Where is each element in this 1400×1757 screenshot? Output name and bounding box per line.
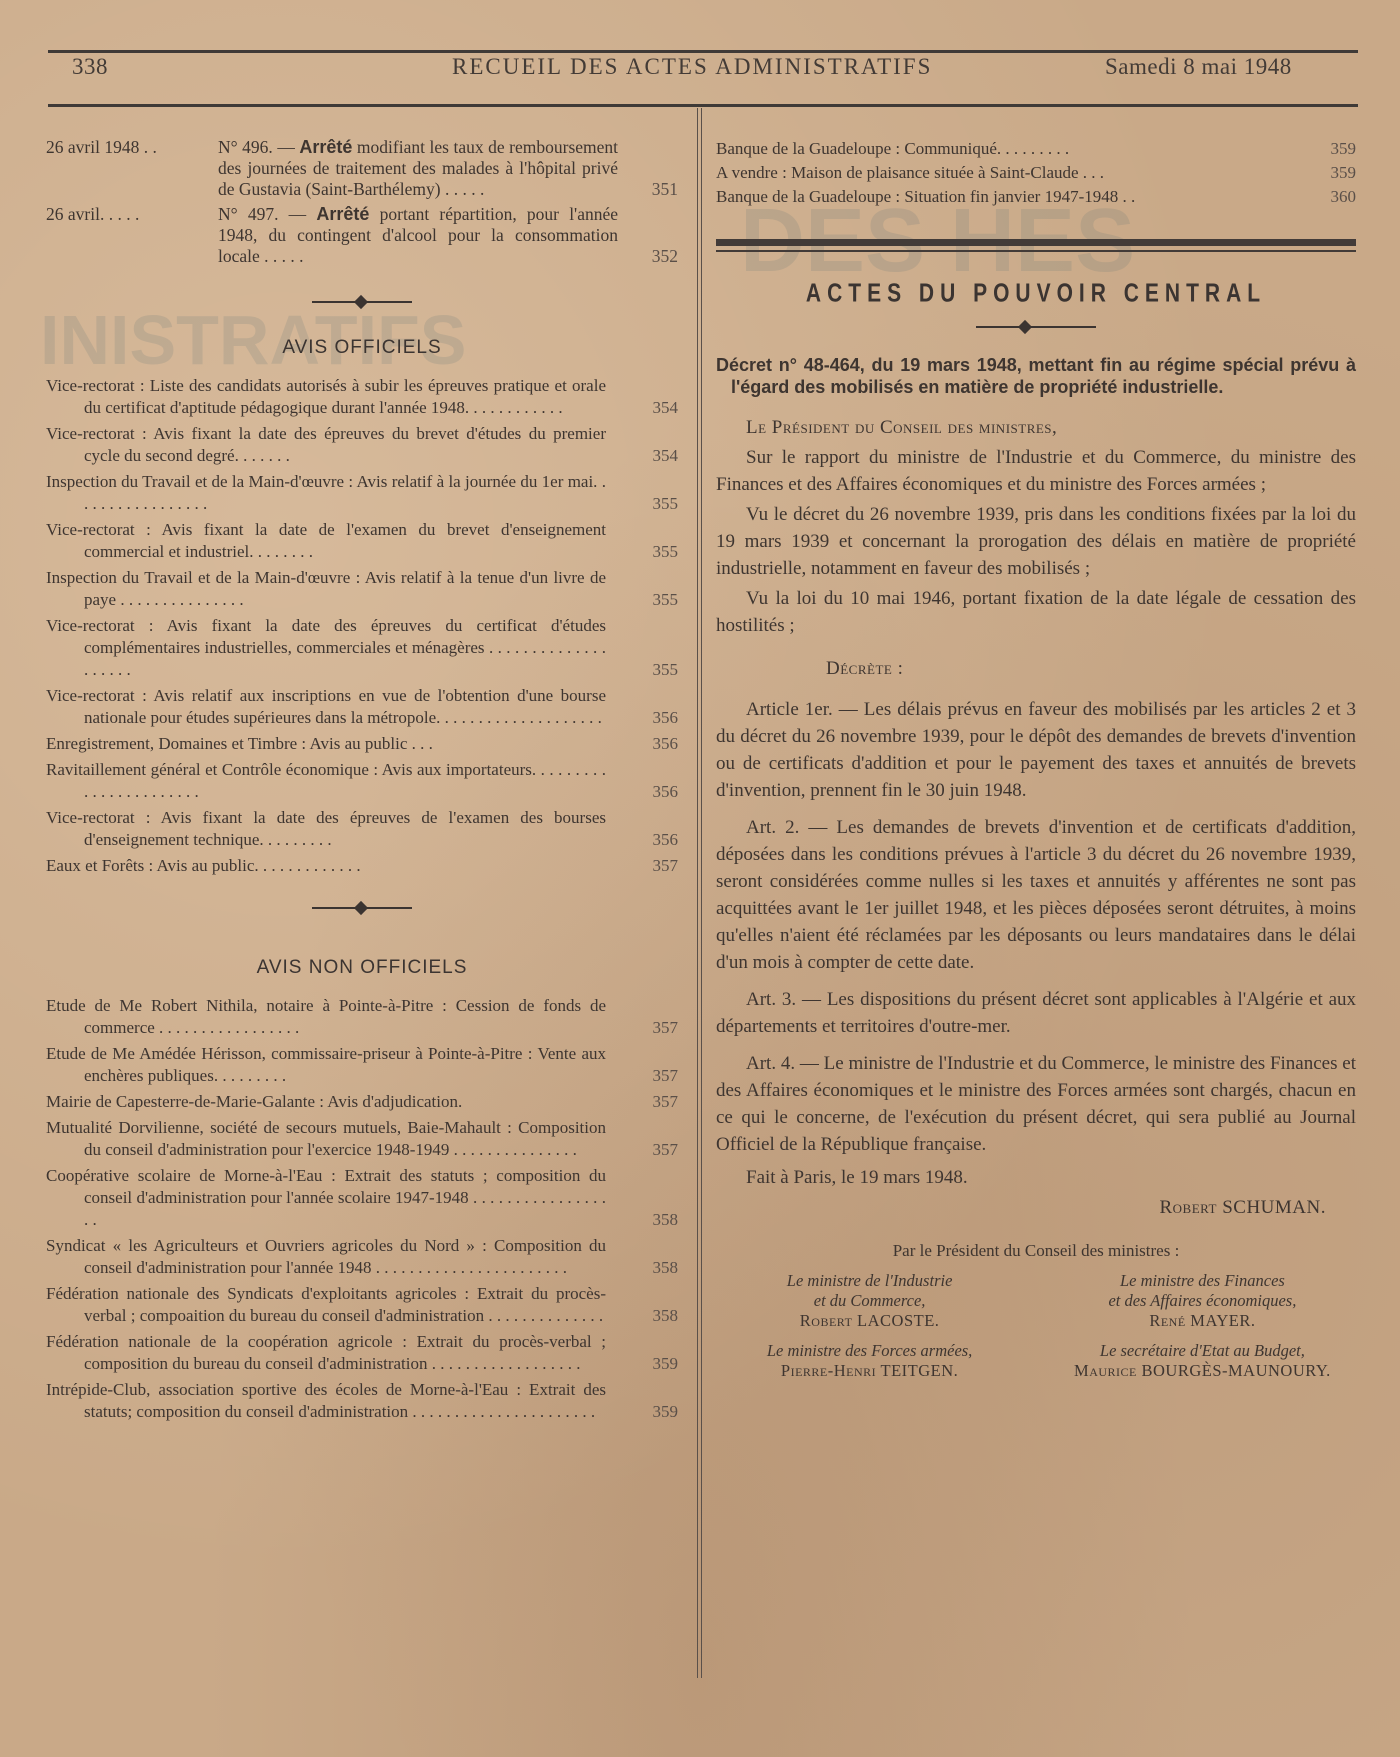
section-thin-rule bbox=[716, 250, 1356, 252]
toc-row: A vendre : Maison de plaisance située à … bbox=[716, 161, 1356, 185]
entry-page: 359 bbox=[606, 1401, 678, 1423]
entry-page: 356 bbox=[606, 707, 678, 729]
arrete-type: Arrêté bbox=[316, 204, 369, 224]
entry-text: Vice-rectorat : Avis fixant la date des … bbox=[46, 615, 606, 681]
entry-text: Syndicat « les Agriculteurs et Ouvriers … bbox=[46, 1235, 606, 1279]
toc-entry: Etude de Me Robert Nithila, notaire à Po… bbox=[46, 995, 678, 1039]
left-column: 26 avril 1948 . . N° 496. — Arrêté modif… bbox=[46, 137, 678, 1427]
section-ornament bbox=[976, 322, 1096, 332]
entry-page: 358 bbox=[606, 1257, 678, 1279]
entry-page: 355 bbox=[606, 589, 678, 611]
role: Le ministre des Forces armées, bbox=[767, 1341, 972, 1360]
toc-entry: Enregistrement, Domaines et Timbre : Avi… bbox=[46, 733, 678, 755]
header-top-rule bbox=[48, 50, 1358, 53]
name: Robert LACOSTE. bbox=[800, 1311, 940, 1330]
entry-text: Vice-rectorat : Liste des candidats auto… bbox=[46, 375, 606, 419]
column-separator bbox=[697, 108, 702, 1678]
page-number: 338 bbox=[72, 54, 108, 80]
article-paragraph: Article 1er. — Les délais prévus en fave… bbox=[716, 696, 1356, 804]
preamble-paragraph: Vu la loi du 10 mai 1946, portant fixati… bbox=[716, 585, 1356, 639]
toc-page: 352 bbox=[618, 246, 678, 267]
decree-title: Décret n° 48-464, du 19 mars 1948, metta… bbox=[716, 354, 1356, 398]
entry-text: Etude de Me Amédée Hérisson, commissaire… bbox=[46, 1043, 606, 1087]
entry-text: Eaux et Forêts : Avis au public. . . . .… bbox=[46, 855, 606, 877]
article-paragraph: Art. 2. — Les demandes de brevets d'inve… bbox=[716, 814, 1356, 976]
entry-page: 357 bbox=[606, 1017, 678, 1039]
role: et du Commerce, bbox=[814, 1291, 926, 1310]
avis-non-officiels-list: Etude de Me Robert Nithila, notaire à Po… bbox=[46, 995, 678, 1423]
entry-page: 356 bbox=[606, 781, 678, 803]
entry-text: Vice-rectorat : Avis relatif aux inscrip… bbox=[46, 685, 606, 729]
toc-entry: Mutualité Dorvilienne, société de secour… bbox=[46, 1117, 678, 1161]
avis-non-officiels-title: AVIS NON OFFICIELS bbox=[46, 957, 678, 979]
name: René MAYER. bbox=[1149, 1311, 1255, 1330]
entry-page: 355 bbox=[606, 541, 678, 563]
entry-page: 358 bbox=[606, 1305, 678, 1327]
countersign-row: Le ministre de l'Industrie et du Commerc… bbox=[716, 1271, 1356, 1331]
toc-entry: Vice-rectorat : Liste des candidats auto… bbox=[46, 375, 678, 419]
signatory: Robert SCHUMAN. bbox=[716, 1194, 1356, 1221]
toc-entry: Syndicat « les Agriculteurs et Ouvriers … bbox=[46, 1235, 678, 1279]
article-paragraph: Art. 3. — Les dispositions du présent dé… bbox=[716, 986, 1356, 1040]
toc-page: 360 bbox=[1296, 185, 1356, 209]
done-at: Fait à Paris, le 19 mars 1948. bbox=[716, 1164, 1356, 1191]
entry-text: Intrépide-Club, association sportive des… bbox=[46, 1379, 606, 1423]
toc-text: Banque de la Guadeloupe : Situation fin … bbox=[716, 185, 1296, 209]
countersigner: Le ministre des Finances et des Affaires… bbox=[1049, 1271, 1356, 1331]
entry-text: Etude de Me Robert Nithila, notaire à Po… bbox=[46, 995, 606, 1039]
toc-entry: Mairie de Capesterre-de-Marie-Galante : … bbox=[46, 1091, 678, 1113]
entry-text: Mutualité Dorvilienne, société de secour… bbox=[46, 1117, 606, 1161]
toc-entry: Etude de Me Amédée Hérisson, commissaire… bbox=[46, 1043, 678, 1087]
preamble-head: Le Président du Conseil des ministres, bbox=[716, 414, 1356, 441]
entry-page: 358 bbox=[606, 1209, 678, 1231]
toc-body: N° 496. — Arrêté modifiant les taux de r… bbox=[218, 137, 618, 200]
toc-entry: Fédération nationale des Syndicats d'exp… bbox=[46, 1283, 678, 1327]
toc-row: Banque de la Guadeloupe : Situation fin … bbox=[716, 185, 1356, 209]
toc-entry: Eaux et Forêts : Avis au public. . . . .… bbox=[46, 855, 678, 877]
entry-page: 354 bbox=[606, 397, 678, 419]
toc-page: 359 bbox=[1296, 137, 1356, 161]
toc-entry: Intrépide-Club, association sportive des… bbox=[46, 1379, 678, 1423]
avis-officiels-list: Vice-rectorat : Liste des candidats auto… bbox=[46, 375, 678, 877]
countersign-row: Le ministre des Forces armées, Pierre-He… bbox=[716, 1341, 1356, 1381]
toc-arrete-496: 26 avril 1948 . . N° 496. — Arrêté modif… bbox=[46, 137, 678, 200]
arrete-number: N° 497. — bbox=[218, 204, 306, 224]
toc-row: Banque de la Guadeloupe : Communiqué. . … bbox=[716, 137, 1356, 161]
article-paragraph: Art. 4. — Le ministre de l'Industrie et … bbox=[716, 1050, 1356, 1158]
arrete-number: N° 496. — bbox=[218, 137, 295, 157]
entry-page: 356 bbox=[606, 829, 678, 851]
entry-text: Inspection du Travail et de la Main-d'œu… bbox=[46, 471, 606, 515]
entry-text: Fédération nationale des Syndicats d'exp… bbox=[46, 1283, 606, 1327]
countersigner: Le ministre de l'Industrie et du Commerc… bbox=[716, 1271, 1023, 1331]
toc-entry: Vice-rectorat : Avis fixant la date des … bbox=[46, 615, 678, 681]
publication-title: RECUEIL DES ACTES ADMINISTRATIFS bbox=[452, 54, 932, 80]
toc-entry: Inspection du Travail et de la Main-d'œu… bbox=[46, 567, 678, 611]
toc-entry: Coopérative scolaire de Morne-à-l'Eau : … bbox=[46, 1165, 678, 1231]
entry-text: Coopérative scolaire de Morne-à-l'Eau : … bbox=[46, 1165, 606, 1231]
entry-text: Vice-rectorat : Avis fixant la date des … bbox=[46, 423, 606, 467]
entry-text: Enregistrement, Domaines et Timbre : Avi… bbox=[46, 733, 606, 755]
toc-page: 351 bbox=[618, 179, 678, 200]
entry-text: Mairie de Capesterre-de-Marie-Galante : … bbox=[46, 1091, 606, 1113]
avis-officiels-title: AVIS OFFICIELS bbox=[46, 337, 678, 359]
arrete-type: Arrêté bbox=[299, 137, 352, 157]
toc-entry: Fédération nationale de la coopération a… bbox=[46, 1331, 678, 1375]
toc-entry: Inspection du Travail et de la Main-d'œu… bbox=[46, 471, 678, 515]
countersigner: Le secrétaire d'Etat au Budget, Maurice … bbox=[1049, 1341, 1356, 1381]
section-ornament bbox=[312, 903, 412, 913]
toc-arrete-497: 26 avril. . . . . N° 497. — Arrêté porta… bbox=[46, 204, 678, 267]
entry-page: 357 bbox=[606, 855, 678, 877]
entry-text: Fédération nationale de la coopération a… bbox=[46, 1331, 606, 1375]
entry-text: Inspection du Travail et de la Main-d'œu… bbox=[46, 567, 606, 611]
toc-entry: Ravitaillement général et Contrôle écono… bbox=[46, 759, 678, 803]
entry-page: 356 bbox=[606, 733, 678, 755]
name: Maurice BOURGÈS-MAUNOURY. bbox=[1074, 1361, 1331, 1380]
section-ornament bbox=[312, 297, 412, 307]
section-thick-rule bbox=[716, 239, 1356, 246]
toc-entry: Vice-rectorat : Avis fixant la date des … bbox=[46, 807, 678, 851]
entry-text: Vice-rectorat : Avis fixant la date des … bbox=[46, 807, 606, 851]
preamble-paragraph: Vu le décret du 26 novembre 1939, pris d… bbox=[716, 501, 1356, 582]
entry-page: 359 bbox=[606, 1353, 678, 1375]
preamble-paragraph: Sur le rapport du ministre de l'Industri… bbox=[716, 444, 1356, 498]
entry-text: Vice-rectorat : Avis fixant la date de l… bbox=[46, 519, 606, 563]
toc-page: 359 bbox=[1296, 161, 1356, 185]
toc-entry: Vice-rectorat : Avis fixant la date de l… bbox=[46, 519, 678, 563]
header-bottom-rule bbox=[48, 104, 1358, 107]
role: Le ministre de l'Industrie bbox=[787, 1271, 953, 1290]
toc-entry: Vice-rectorat : Avis relatif aux inscrip… bbox=[46, 685, 678, 729]
role: et des Affaires économiques, bbox=[1108, 1291, 1296, 1310]
countersigner: Le ministre des Forces armées, Pierre-He… bbox=[716, 1341, 1023, 1381]
toc-text: A vendre : Maison de plaisance située à … bbox=[716, 161, 1296, 185]
decrete-heading: Décrète : bbox=[716, 655, 1356, 682]
entry-text: Ravitaillement général et Contrôle écono… bbox=[46, 759, 606, 803]
entry-page: 357 bbox=[606, 1139, 678, 1161]
acts-section-title: ACTES DU POUVOIR CENTRAL bbox=[716, 279, 1356, 309]
entry-page: 354 bbox=[606, 445, 678, 467]
toc-text: Banque de la Guadeloupe : Communiqué. . … bbox=[716, 137, 1296, 161]
toc-entry: Vice-rectorat : Avis fixant la date des … bbox=[46, 423, 678, 467]
toc-date: 26 avril. . . . . bbox=[46, 204, 218, 267]
toc-date: 26 avril 1948 . . bbox=[46, 137, 218, 200]
role: Le secrétaire d'Etat au Budget, bbox=[1100, 1341, 1305, 1360]
entry-page: 357 bbox=[606, 1091, 678, 1113]
issue-date: Samedi 8 mai 1948 bbox=[1105, 54, 1292, 80]
role: Le ministre des Finances bbox=[1120, 1271, 1285, 1290]
entry-page: 357 bbox=[606, 1065, 678, 1087]
name: Pierre-Henri TEITGEN. bbox=[781, 1361, 958, 1380]
toc-body: N° 497. — Arrêté portant répartition, po… bbox=[218, 204, 618, 267]
by-president: Par le Président du Conseil des ministre… bbox=[716, 1241, 1356, 1261]
right-column: Banque de la Guadeloupe : Communiqué. . … bbox=[716, 137, 1356, 1381]
entry-page: 355 bbox=[606, 659, 678, 681]
entry-page: 355 bbox=[606, 493, 678, 515]
